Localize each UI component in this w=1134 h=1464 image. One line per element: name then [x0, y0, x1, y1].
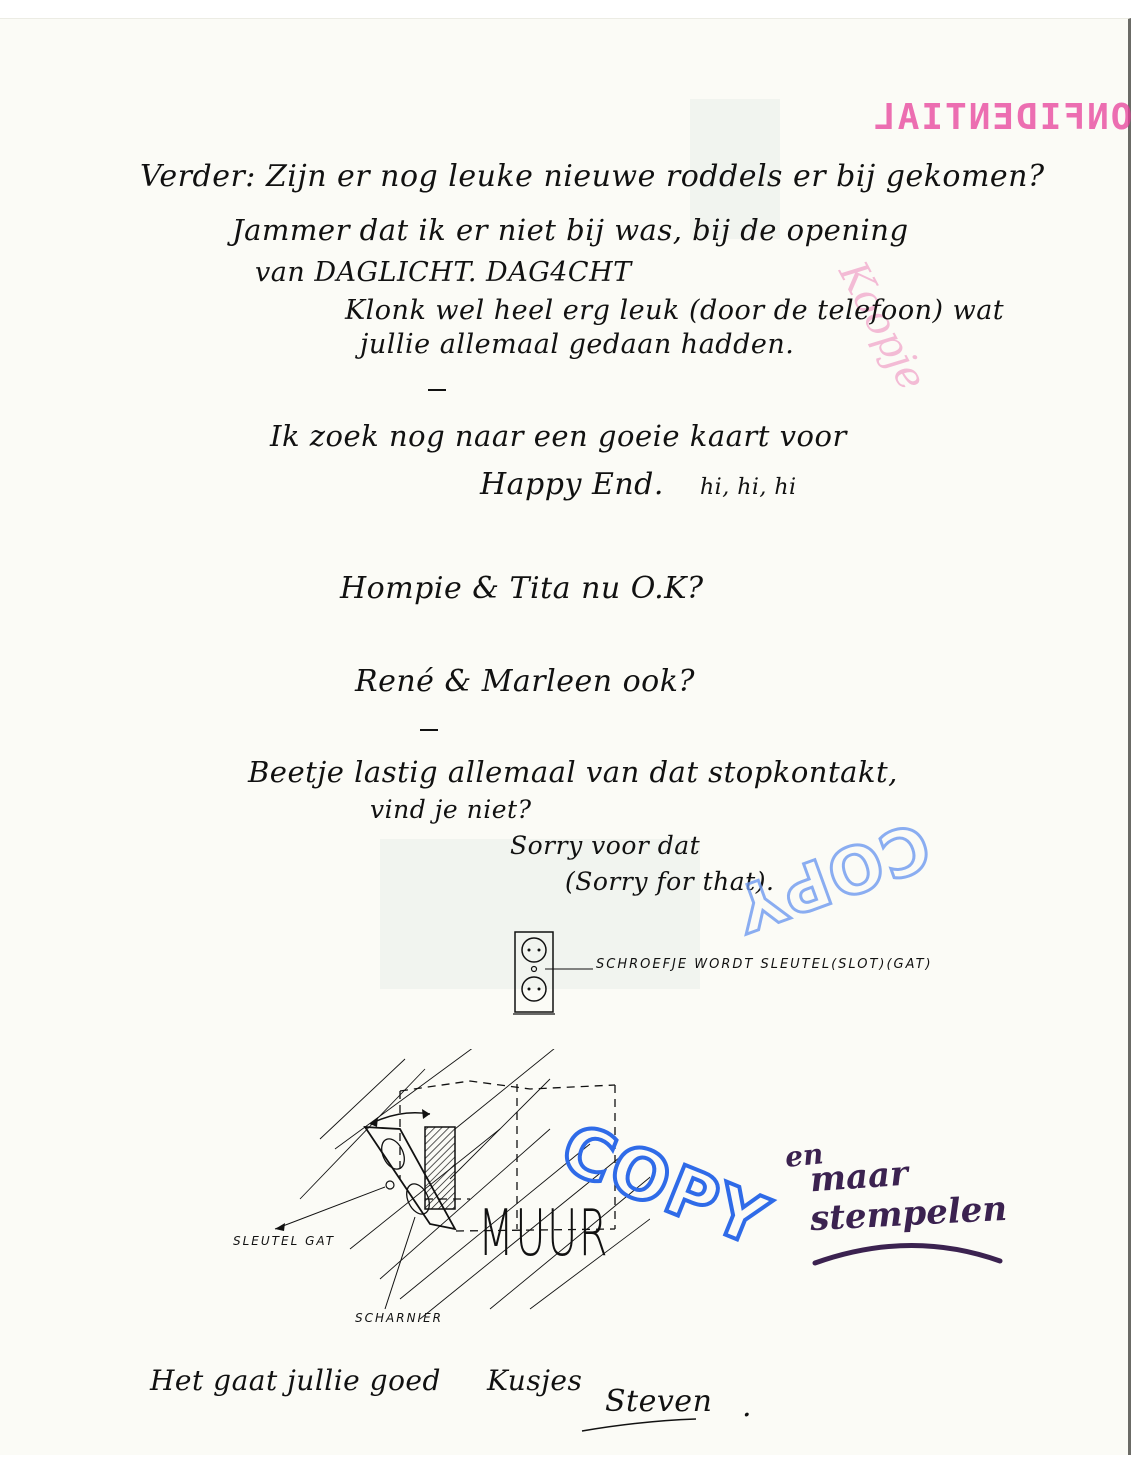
signature-underline — [580, 1415, 700, 1435]
copy-stamp-mirrored: COPY — [723, 807, 939, 946]
letter-line-10: René & Marleen ook? — [355, 664, 695, 699]
letter-line-2: Jammer dat ik er niet bij was, bij de op… — [232, 213, 909, 247]
letter-line-6: Ik zoek nog naar een goeie kaart voor — [270, 419, 847, 453]
separator-2 — [420, 729, 438, 731]
wall-label: MUUR — [478, 1197, 609, 1271]
marker-underline — [810, 1231, 1010, 1271]
letter-line-4: Klonk wel heel erg leuk (door de telefoo… — [345, 295, 1004, 326]
letter-line-5: jullie allemaal gedaan hadden. — [360, 329, 794, 360]
letter-line-8: hi, hi, hi — [700, 475, 797, 500]
letter-line-3: van DAGLICHT. DAG4CHT — [255, 257, 632, 288]
confidential-stamp: CONFIDENTIAL — [872, 97, 1134, 138]
letter-line-13: Sorry voor dat — [510, 831, 700, 860]
signature: Steven — [605, 1384, 712, 1419]
socket-pointer-line — [545, 964, 595, 974]
closing-line: Het gaat jullie goed — [150, 1364, 441, 1397]
separator-1 — [428, 389, 446, 391]
closing-period: . — [742, 1389, 752, 1424]
hinge-label: SCHARNIER — [355, 1311, 443, 1325]
closing-greeting: Kusjes — [487, 1364, 582, 1397]
letter-page: CONFIDENTIAL Koopje Verder: Zijn er nog … — [0, 18, 1131, 1455]
letter-line-1: Verder: Zijn er nog leuke nieuwe roddels… — [140, 159, 1045, 194]
letter-line-11: Beetje lastig allemaal van dat stopkonta… — [248, 755, 898, 789]
pink-scrawl-annotation: Koopje — [829, 254, 935, 398]
letter-line-12: vind je niet? — [370, 795, 532, 824]
marker-annotation-maar: maar — [809, 1154, 910, 1201]
letter-line-7: Happy End. — [480, 467, 664, 502]
socket-sketch — [505, 929, 565, 1019]
letter-line-9: Hompie & Tita nu O.K? — [340, 571, 704, 606]
letter-line-3-text: van DAGLICHT. DAG4CHT — [255, 257, 632, 288]
keyhole-label: SLEUTEL GAT — [233, 1234, 335, 1248]
socket-label: SCHROEFJE WORDT SLEUTEL(SLOT)(GAT) — [596, 957, 933, 972]
